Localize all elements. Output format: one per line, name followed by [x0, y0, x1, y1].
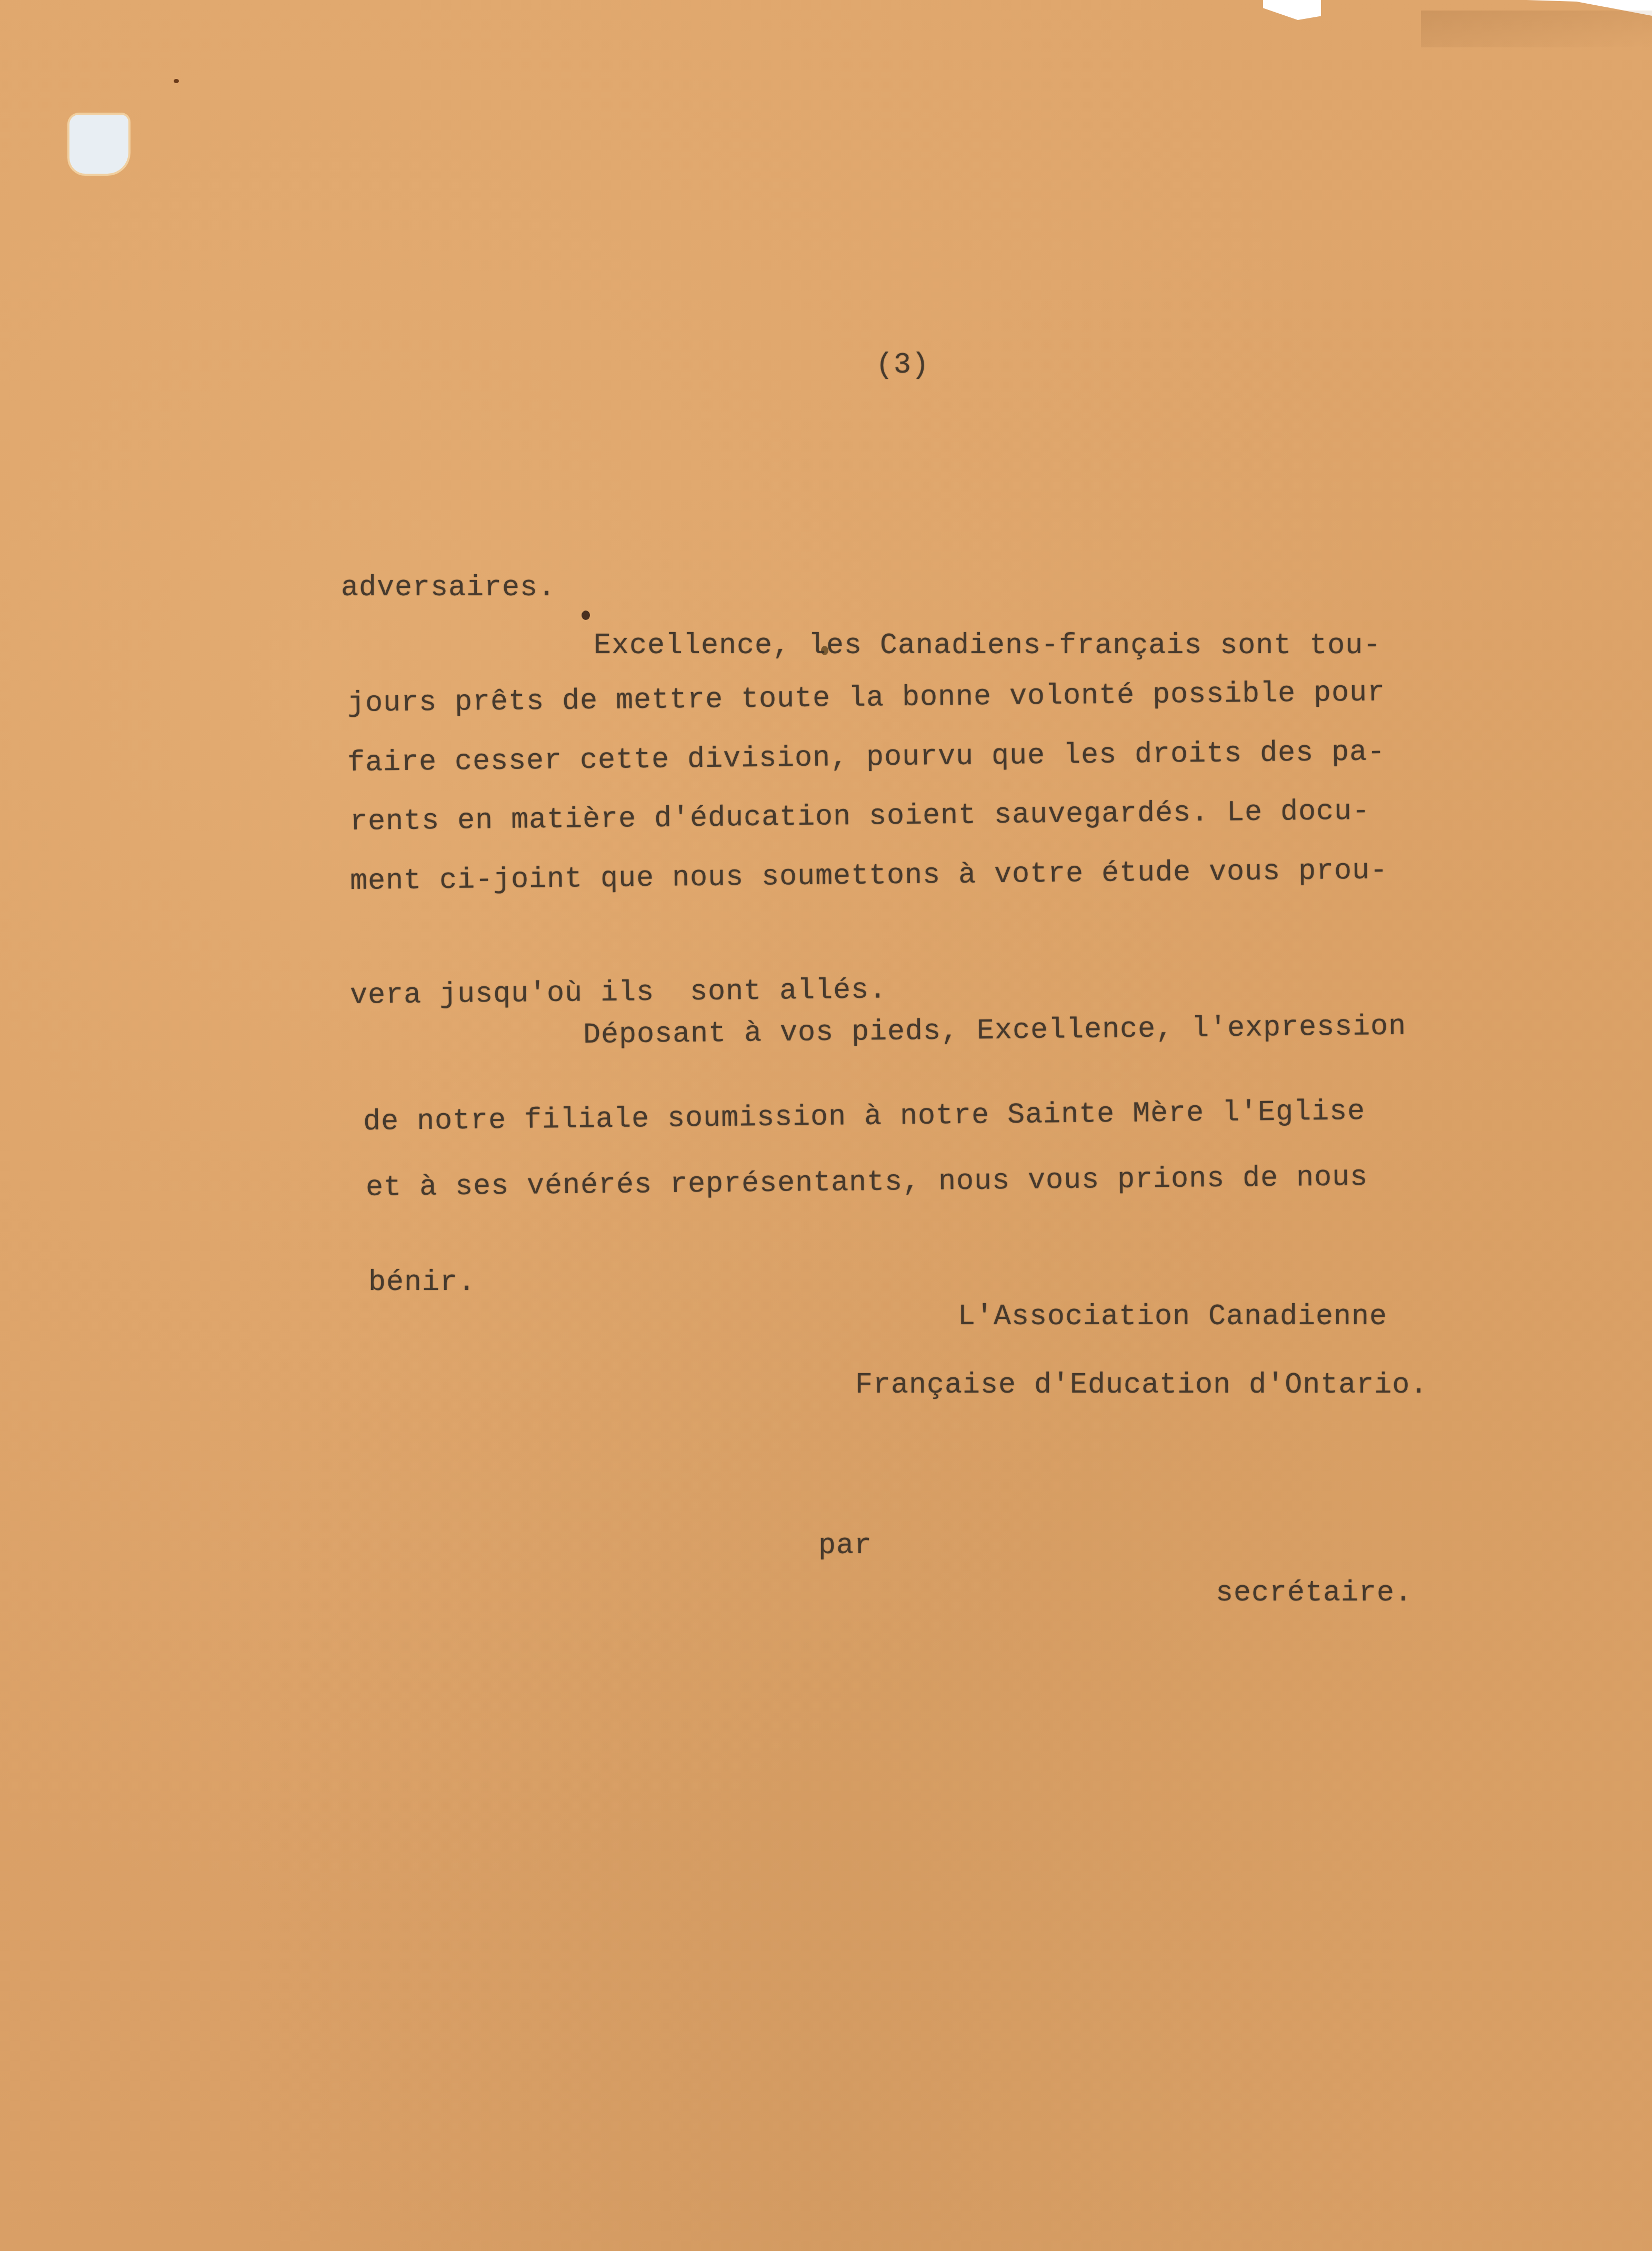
body-line-4: faire cesser cette division, pourvu que … [347, 735, 1386, 779]
body-line-3: jours prêts de mettre toute la bonne vol… [347, 676, 1386, 720]
body-line-2: Excellence, les Canadiens-français sont … [594, 629, 1381, 662]
signature-organization-line-1: L'Association Canadienne [958, 1300, 1387, 1333]
body-line-6: ment ci-joint que nous soumettons à votr… [350, 854, 1388, 898]
paper-fold-shadow [1421, 11, 1652, 47]
page-number: (3) [876, 348, 929, 382]
body-line-7: vera jusqu'où ils sont allés. [350, 973, 887, 1012]
punch-hole [69, 115, 128, 174]
signature-organization-line-2: Française d'Education d'Ontario. [855, 1368, 1428, 1402]
body-line-1: adversaires. [341, 571, 556, 604]
body-line-9: de notre filiale soumission à notre Sain… [363, 1095, 1366, 1138]
body-line-11: bénir. [368, 1266, 476, 1299]
scanned-letter-page: (3) adversaires. Excellence, les Canadie… [0, 0, 1652, 2251]
body-line-10: et à ses vénérés représentants, nous vou… [366, 1160, 1368, 1204]
signature-by: par [818, 1529, 872, 1562]
torn-edge [1263, 0, 1321, 20]
paper-speck [582, 611, 590, 620]
paper-speck [174, 79, 179, 83]
signature-title: secrétaire. [1216, 1576, 1413, 1609]
body-line-8: Déposant à vos pieds, Excellence, l'expr… [583, 1010, 1407, 1052]
body-line-5: rents en matière d'éducation soient sauv… [350, 795, 1370, 838]
